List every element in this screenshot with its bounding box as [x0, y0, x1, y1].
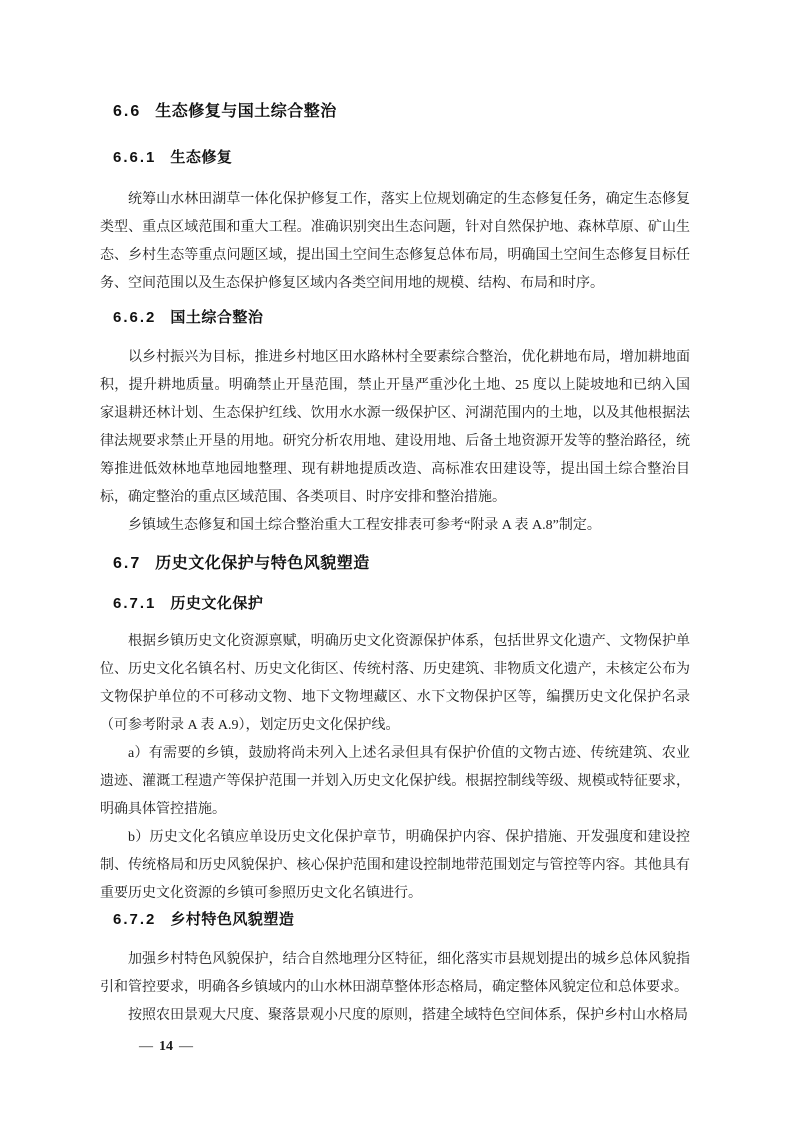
paragraph-heritage-item-a: a）有需要的乡镇，鼓励将尚未列入上述名录但具有保护价值的文物古迹、传统建筑、农业… [100, 740, 690, 824]
section-title: 历史文化保护与特色风貌塑造 [155, 555, 370, 572]
subsection-heading-6-7-1: 6.7.1历史文化保护 [113, 592, 690, 616]
subsection-title: 乡村特色风貌塑造 [170, 911, 294, 928]
subsection-heading-6-6-1: 6.6.1生态修复 [113, 146, 690, 170]
document-page: 6.6生态修复与国土综合整治 6.6.1生态修复 统筹山水林田湖草一体化保护修复… [0, 0, 793, 1122]
subsection-heading-6-7-2: 6.7.2乡村特色风貌塑造 [113, 908, 690, 932]
footer-right-dash: — [173, 1039, 199, 1054]
page-footer: —14— [133, 1038, 199, 1056]
paragraph-rural-character: 加强乡村特色风貌保护，结合自然地理分区特征，细化落实市县规划提出的城乡总体风貌指… [100, 946, 690, 1002]
section-number: 6.7 [113, 552, 141, 576]
section-heading-6-7: 6.7历史文化保护与特色风貌塑造 [113, 552, 690, 576]
subsection-heading-6-6-2: 6.6.2国土综合整治 [113, 306, 690, 330]
subsection-title: 生态修复 [170, 149, 232, 166]
section-number: 6.6 [113, 100, 141, 124]
paragraph-heritage-item-b: b）历史文化名镇应单设历史文化保护章节，明确保护内容、保护措施、开发强度和建设控… [100, 824, 690, 908]
subsection-number: 6.6.1 [113, 146, 156, 170]
paragraph-land-consolidation-appendix: 乡镇域生态修复和国土综合整治重大工程安排表可参考“附录 A 表 A.8”制定。 [100, 512, 690, 540]
subsection-number: 6.7.2 [113, 908, 156, 932]
section-heading-6-6: 6.6生态修复与国土综合整治 [113, 100, 690, 124]
paragraph-ecological-restoration: 统筹山水林田湖草一体化保护修复工作，落实上位规划确定的生态修复任务，确定生态修复… [100, 186, 690, 298]
footer-left-dash: — [133, 1039, 159, 1054]
paragraph-rural-landscape: 按照农田景观大尺度、聚落景观小尺度的原则，搭建全域特色空间体系，保护乡村山水格局 [100, 1002, 690, 1030]
subsection-title: 国土综合整治 [170, 309, 263, 326]
subsection-number: 6.6.2 [113, 306, 156, 330]
paragraph-land-consolidation: 以乡村振兴为目标，推进乡村地区田水路林村全要素综合整治，优化耕地布局，增加耕地面… [100, 344, 690, 512]
paragraph-heritage-system: 根据乡镇历史文化资源禀赋，明确历史文化资源保护体系，包括世界文化遗产、文物保护单… [100, 628, 690, 740]
page-number: 14 [159, 1039, 173, 1054]
section-title: 生态修复与国土综合整治 [155, 103, 337, 120]
subsection-title: 历史文化保护 [170, 595, 263, 612]
subsection-number: 6.7.1 [113, 592, 156, 616]
